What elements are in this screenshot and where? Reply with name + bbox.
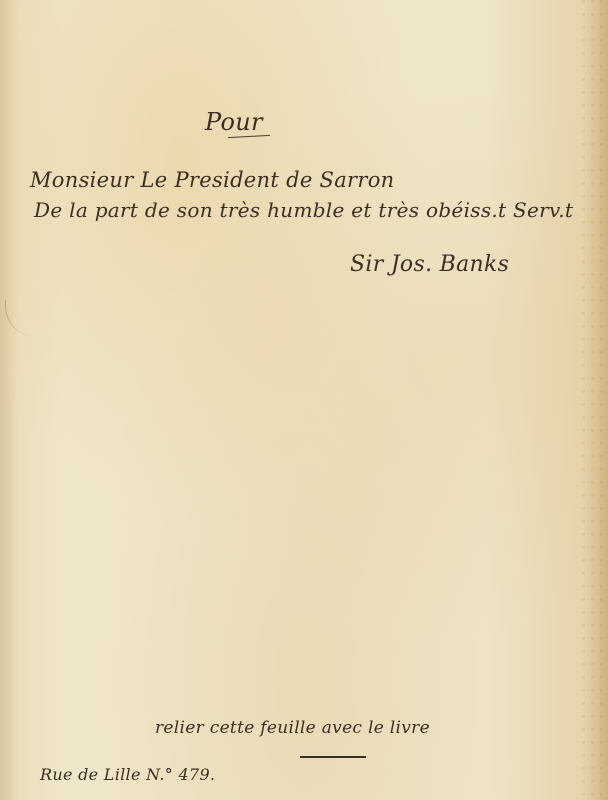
manuscript-page: Pour Monsieur Le President de Sarron De … [0,0,608,800]
shelfmark-text: Rue de Lille N.° 479. [40,765,215,784]
note-underline [300,756,366,758]
recipient-line: Monsieur Le President de Sarron [30,168,394,192]
salutation-text: Pour [205,108,263,136]
signature: Sir Jos. Banks [350,252,509,277]
binding-note: relier cette feuille avec le livre [155,718,430,738]
paper-crease [5,300,46,336]
sender-line: De la part de son très humble et très ob… [34,198,573,222]
